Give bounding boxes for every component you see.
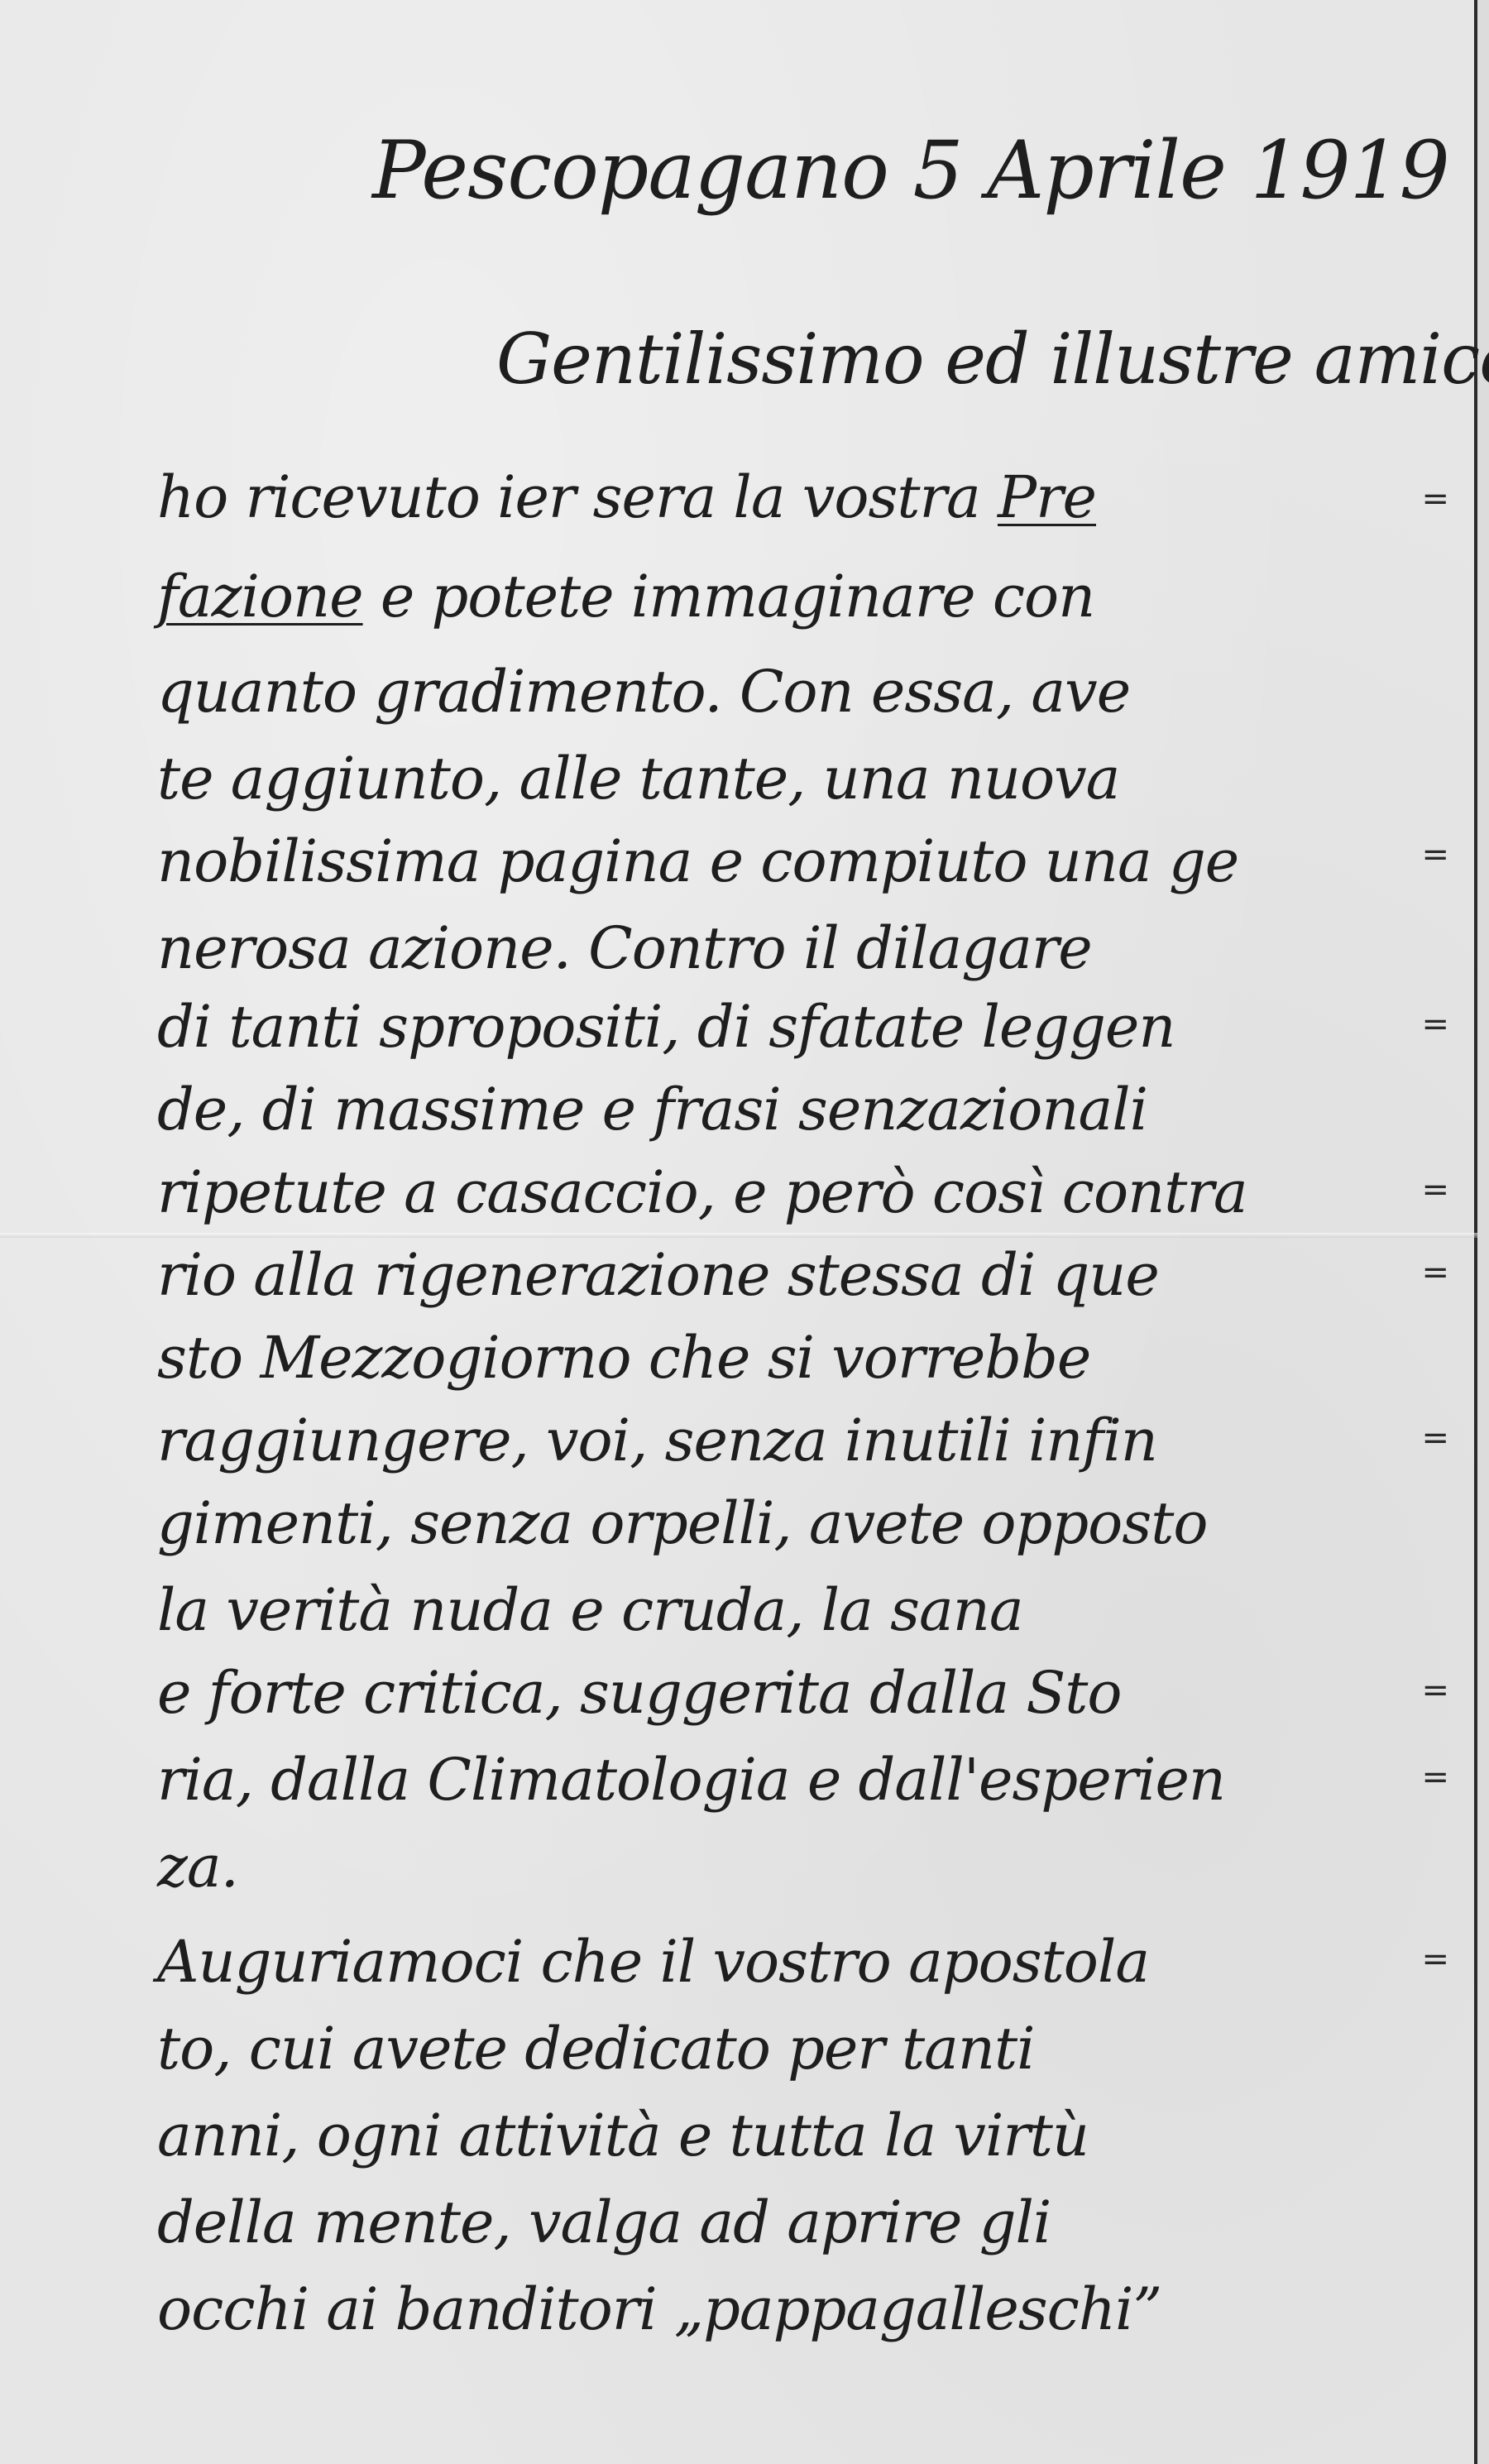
letter-line: la verità nuda e cruda, la sana (157, 1576, 1023, 1644)
letter-line: quanto gradimento. Con essa, ave (157, 658, 1130, 726)
letter-page: Pescopagano 5 Aprile 1919 Gentilissimo e… (0, 0, 1477, 2464)
letter-line: za. (157, 1833, 238, 1901)
letter-line: anni, ogni attività e tutta la virtù (157, 2102, 1089, 2169)
letter-line: de, di massime e frasi senzazionali (157, 1076, 1147, 1143)
letter-line: ho ricevuto ier sera la vostra Pre (157, 463, 1096, 531)
letter-line: ria, dalla Climatologia e dall'esperien (157, 1746, 1225, 1814)
hyphen-mark: = (1421, 1940, 1449, 1978)
hyphen-mark: = (1421, 1254, 1449, 1292)
letter-line: rio alla rigenerazione stessa di que (157, 1241, 1159, 1309)
letter-line: nobilissima pagina e compiuto una ge (157, 827, 1238, 895)
letter-line: della mente, valga ad aprire gli (157, 2188, 1051, 2256)
letter-line: occhi ai banditori „pappagalleschi” (157, 2275, 1161, 2343)
place-date: Pescopagano 5 Aprile 1919 (372, 124, 1449, 217)
letter-line: di tanti spropositi, di sfatate leggen (157, 993, 1175, 1061)
hyphen-mark: = (1421, 1005, 1449, 1043)
underlined-word: fazione (157, 563, 363, 630)
hyphen-mark: = (1421, 1758, 1449, 1796)
hyphen-mark: = (1421, 836, 1449, 874)
letter-line: te aggiunto, alle tante, una nuova (157, 745, 1119, 813)
underlined-word: Pre (998, 463, 1096, 531)
line-text: e potete immaginare con (363, 563, 1095, 630)
hyphen-mark: = (1421, 1419, 1449, 1457)
hyphen-mark: = (1421, 1171, 1449, 1209)
letter-line: nerosa azione. Contro il dilagare (157, 914, 1092, 982)
letter-line: fazione e potete immaginare con (157, 563, 1094, 630)
letter-line: Auguriamoci che il vostro apostola (157, 1928, 1149, 1996)
letter-line: e forte critica, suggerita dalla Sto (157, 1659, 1122, 1727)
salutation: Gentilissimo ed illustre amico (496, 319, 1489, 400)
hyphen-mark: = (1421, 1671, 1449, 1709)
letter-line: gimenti, senza orpelli, avete opposto (157, 1489, 1208, 1557)
paper-fold (0, 1233, 1477, 1238)
letter-line: sto Mezzogiorno che si vorrebbe (157, 1324, 1090, 1392)
letter-line: raggiungere, voi, senza inutili infin (157, 1407, 1157, 1474)
letter-line: ripetute a casaccio, e però così contra (157, 1158, 1247, 1226)
hyphen-mark: = (1421, 480, 1449, 518)
line-text: ho ricevuto ier sera la vostra (157, 463, 998, 531)
letter-line: to, cui avete dedicato per tanti (157, 2015, 1035, 2083)
